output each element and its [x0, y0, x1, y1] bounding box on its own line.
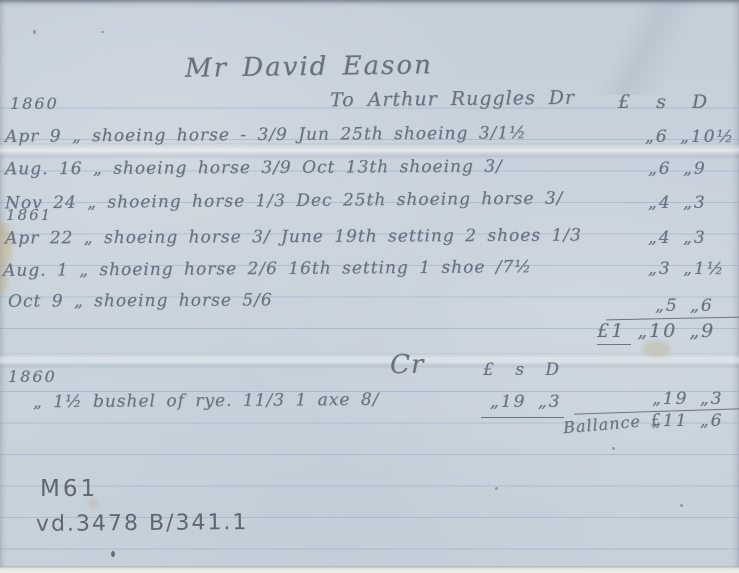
ledger-entry-amount: „6 „10½ — [645, 127, 735, 147]
credit-carried-amount: „19 „3 — [652, 389, 723, 409]
debit-year: 1860 — [10, 94, 59, 113]
scan-bottom-edge — [0, 566, 739, 573]
credit-currency-header: £ s D — [483, 360, 560, 380]
ledger-entry-amount: „4 „3 — [648, 193, 707, 213]
ledger-entry-description: Apr 9 „ shoeing horse - 3/9 Jun 25th sho… — [5, 123, 527, 147]
ledger-entry-amount: „3 „1½ — [648, 259, 725, 279]
corner-crease — [479, 0, 739, 95]
ledger-entry-amount: „6 „9 — [648, 159, 707, 179]
fold-crease-lower — [0, 353, 739, 369]
year-1861: 1861 — [6, 206, 52, 224]
stain — [643, 341, 671, 357]
addressee-title: Mr David Eason — [185, 50, 433, 83]
ledger-page: Mr David Eason 1860 To Arthur Ruggles Dr… — [0, 0, 739, 573]
credit-entry-description: „ 1½ bushel of rye. 11/3 1 axe 8/ — [33, 390, 380, 412]
archival-mark-catalog: vd.3478 B/341.1 — [36, 510, 249, 537]
ledger-entry-description: Aug. 16 „ shoeing horse 3/9 Oct 13th sho… — [5, 157, 503, 180]
credit-year: 1860 — [8, 367, 57, 386]
total-underline — [597, 344, 631, 345]
pencil-dot — [111, 551, 115, 557]
credit-amount-underline — [481, 417, 564, 418]
ledger-entry-description: Apr 22 „ shoeing horse 3/ June 19th sett… — [5, 225, 582, 248]
scan-top-edge — [0, 0, 739, 4]
ledger-entry-description: Oct 9 „ shoeing horse 5/6 — [8, 290, 273, 311]
credit-entry-amount: „19 „3 — [490, 392, 561, 412]
archival-mark-m61: M61 — [40, 476, 98, 502]
ledger-entry-description: Nov 24 „ shoeing horse 1/3 Dec 25th shoe… — [5, 189, 564, 214]
ledger-entry-description: Aug. 1 „ shoeing horse 2/6 16th setting … — [3, 257, 532, 281]
ruled-lines — [0, 77, 739, 561]
credit-heading: Cr — [390, 350, 424, 380]
balance-label: Ballance £ — [562, 410, 662, 438]
debit-currency-header: £ s D — [618, 91, 708, 113]
ledger-entry-amount: „5 „6 — [655, 296, 714, 316]
debit-total: £1 „10 „9 — [597, 320, 715, 342]
balance-amount: „11 „6 — [652, 411, 723, 431]
debit-heading: To Arthur Ruggles Dr — [330, 87, 575, 112]
ledger-entry-amount: „4 „3 — [648, 228, 707, 248]
